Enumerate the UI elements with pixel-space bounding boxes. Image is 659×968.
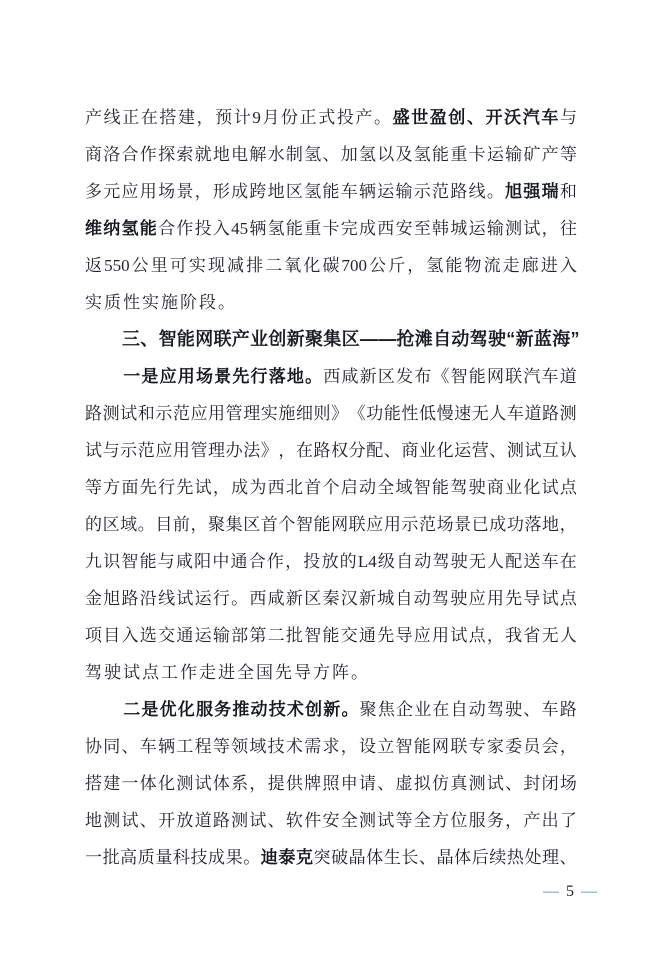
- glyph: 高: [120, 839, 137, 876]
- glyph: 业: [419, 432, 436, 469]
- glyph: 地: [287, 358, 304, 395]
- glyph: 作: [267, 543, 284, 580]
- glyph: 在: [141, 99, 158, 136]
- glyph: 办: [226, 432, 243, 469]
- glyph: 网: [432, 728, 449, 765]
- glyph: 试: [542, 469, 559, 506]
- glyph: 自: [451, 691, 468, 728]
- glyph: 导: [396, 617, 413, 654]
- glyph: 成: [231, 469, 248, 506]
- glyph: 车: [140, 728, 157, 765]
- heading-text: 三、智能网联产业创新聚集区——抢滩自动驾驶“新蓝海”: [122, 329, 580, 349]
- glyph: 咸: [268, 580, 285, 617]
- glyph: 续: [489, 839, 506, 876]
- text-line: 金旭路沿线试运行。西咸新区秦汉新城自动驾驶应用先导试点: [85, 580, 577, 617]
- glyph: 果: [226, 839, 243, 876]
- glyph: 照: [322, 765, 339, 802]
- text-line: 一是应用场景先行落地。西咸新区发布《智能网联汽车道: [85, 358, 577, 395]
- glyph: 700: [342, 247, 368, 284]
- glyph: 人: [560, 617, 577, 654]
- glyph: 权: [331, 432, 348, 469]
- glyph: 进: [541, 247, 558, 284]
- glyph: 服: [196, 691, 213, 728]
- glyph: 软: [286, 802, 303, 839]
- glyph: 场: [437, 506, 454, 543]
- glyph: 测: [507, 432, 524, 469]
- glyph: 已: [472, 506, 489, 543]
- glyph: 示: [414, 173, 431, 210]
- glyph: 自: [396, 543, 413, 580]
- glyph: 虚: [396, 765, 413, 802]
- glyph: 二: [268, 617, 285, 654]
- glyph: 城: [377, 580, 394, 617]
- glyph: 与: [103, 432, 120, 469]
- text-line: 九识智能与咸阳中通合作，投放的L4级自动驾驶无人配送车在: [85, 543, 577, 580]
- glyph: 等: [85, 469, 102, 506]
- glyph: 科: [173, 839, 190, 876]
- glyph: 需: [304, 728, 321, 765]
- glyph: 、: [489, 432, 506, 469]
- glyph: 生: [384, 839, 401, 876]
- glyph: 动: [469, 691, 486, 728]
- glyph: 出: [542, 802, 559, 839]
- glyph: 运: [454, 432, 471, 469]
- glyph: 交: [158, 617, 175, 654]
- glyph: 式: [318, 99, 335, 136]
- glyph: 正: [122, 99, 139, 136]
- glyph: 晶: [349, 839, 366, 876]
- glyph: 输: [487, 210, 504, 247]
- glyph: 辆: [158, 728, 175, 765]
- glyph: 《: [349, 395, 366, 432]
- glyph: 合: [158, 210, 175, 247]
- glyph: 》: [261, 432, 278, 469]
- glyph: 无: [469, 543, 486, 580]
- glyph: 点: [469, 617, 486, 654]
- glyph: 通: [231, 543, 248, 580]
- glyph: 等: [213, 728, 230, 765]
- glyph: 矿: [523, 136, 540, 173]
- glyph: 里: [151, 247, 168, 284]
- glyph: 请: [359, 765, 376, 802]
- glyph: 在: [560, 543, 577, 580]
- glyph: 能: [286, 210, 303, 247]
- glyph: 管: [226, 395, 243, 432]
- glyph: 用: [140, 173, 157, 210]
- glyph: 等: [560, 136, 577, 173]
- glyph: 地: [268, 173, 285, 210]
- glyph: 新: [323, 691, 340, 728]
- glyph: 供: [286, 765, 303, 802]
- glyph: 性: [401, 395, 418, 432]
- glyph: 动: [359, 469, 376, 506]
- glyph: 破: [331, 839, 348, 876]
- glyph: 技: [269, 691, 286, 728]
- glyph: 用: [432, 617, 449, 654]
- glyph: 等: [396, 802, 413, 839]
- glyph: 投: [195, 210, 212, 247]
- glyph: 运: [377, 173, 394, 210]
- glyph: 同: [103, 728, 120, 765]
- glyph: 至: [414, 210, 431, 247]
- glyph: 晶: [437, 839, 454, 876]
- glyph: 试: [122, 802, 139, 839]
- glyph: 全: [414, 802, 431, 839]
- glyph: 卡: [469, 136, 486, 173]
- glyph: 成: [231, 173, 248, 210]
- glyph: 测: [359, 802, 376, 839]
- glyph: 试: [542, 580, 559, 617]
- glyph: 无: [542, 617, 559, 654]
- glyph: 驶: [451, 543, 468, 580]
- glyph: 金: [85, 580, 102, 617]
- glyph: 方: [103, 469, 120, 506]
- glyph: 级: [378, 543, 395, 580]
- glyph: 领: [231, 728, 248, 765]
- glyph: 完: [341, 210, 358, 247]
- glyph: 在: [296, 432, 313, 469]
- glyph: 廊: [522, 247, 539, 284]
- glyph: 联: [505, 358, 522, 395]
- glyph: 通: [359, 617, 376, 654]
- glyph: 智: [414, 469, 431, 506]
- glyph: 行: [251, 358, 268, 395]
- glyph: 场: [196, 358, 213, 395]
- glyph: 路: [85, 395, 102, 432]
- glyph: 测: [505, 210, 522, 247]
- glyph: 跨: [249, 173, 266, 210]
- glyph: 试: [524, 432, 541, 469]
- glyph: 化: [437, 432, 454, 469]
- glyph: ，: [195, 173, 212, 210]
- glyph: 设: [359, 728, 376, 765]
- glyph: 实: [261, 395, 278, 432]
- glyph: 域: [396, 469, 413, 506]
- glyph: 聚: [360, 691, 377, 728]
- text-line: 试与示范应用管理办法》，在路权分配、商业化运营、测试互认: [85, 432, 577, 469]
- glyph: 驶: [505, 691, 522, 728]
- glyph: 氢: [304, 173, 321, 210]
- glyph: 《: [432, 358, 449, 395]
- glyph: ，: [542, 210, 559, 247]
- section-heading: 三、智能网联产业创新聚集区——抢滩自动驾驶“新蓝海”: [85, 321, 577, 358]
- glyph: 优: [160, 691, 177, 728]
- glyph: 及: [396, 136, 413, 173]
- glyph: 电: [231, 136, 248, 173]
- glyph: 区: [304, 580, 321, 617]
- glyph: 应: [469, 580, 486, 617]
- glyph: 个: [322, 469, 339, 506]
- glyph: 管: [190, 432, 207, 469]
- glyph: 人: [489, 395, 506, 432]
- glyph: ，: [278, 432, 295, 469]
- glyph: 碳: [322, 247, 339, 284]
- glyph: 业: [414, 691, 431, 728]
- text-run: 实质性实施阶段。: [85, 293, 237, 312]
- glyph: 我: [505, 617, 522, 654]
- glyph: 程: [195, 728, 212, 765]
- glyph: 线: [469, 173, 486, 210]
- glyph: 一: [85, 839, 102, 876]
- glyph: 务: [487, 802, 504, 839]
- glyph: 会: [542, 728, 559, 765]
- glyph: 中: [212, 543, 229, 580]
- glyph: 秦: [322, 580, 339, 617]
- glyph: 落: [269, 358, 286, 395]
- document-page: { "colors": { "background": "#ffffff", "…: [0, 0, 659, 968]
- glyph: 面: [122, 469, 139, 506]
- glyph: 就: [195, 136, 212, 173]
- glyph: 正: [300, 99, 317, 136]
- glyph: 运: [487, 136, 504, 173]
- glyph: 域: [120, 506, 137, 543]
- glyph: 导: [523, 580, 540, 617]
- glyph: 集: [226, 506, 243, 543]
- glyph: 、: [140, 802, 157, 839]
- glyph: 、: [384, 432, 401, 469]
- glyph: 化: [303, 247, 320, 284]
- glyph: 理: [243, 395, 260, 432]
- glyph: 选: [140, 617, 157, 654]
- glyph: 部: [231, 617, 248, 654]
- glyph: 试: [523, 210, 540, 247]
- glyph: 减: [227, 247, 244, 284]
- glyph: 合: [122, 136, 139, 173]
- glyph: 区: [243, 506, 260, 543]
- glyph: 省: [523, 617, 540, 654]
- glyph: 则: [314, 395, 331, 432]
- glyph: 汽: [523, 99, 540, 136]
- glyph: 泰: [278, 839, 295, 876]
- glyph: 目: [103, 617, 120, 654]
- glyph: 术: [286, 728, 303, 765]
- glyph: 、: [505, 765, 522, 802]
- glyph: 沃: [504, 99, 521, 136]
- glyph: 商: [85, 136, 102, 173]
- glyph: 工: [176, 728, 193, 765]
- glyph: 试: [377, 802, 394, 839]
- glyph: 范: [419, 506, 436, 543]
- glyph: 了: [560, 802, 577, 839]
- glyph: 一: [122, 765, 139, 802]
- glyph: 立: [377, 728, 394, 765]
- glyph: 盈: [430, 99, 447, 136]
- glyph: 速: [454, 395, 471, 432]
- glyph: 示: [155, 395, 172, 432]
- glyph: 成: [489, 506, 506, 543]
- glyph: 流: [484, 247, 501, 284]
- glyph: 加: [341, 136, 358, 173]
- glyph: 产: [355, 99, 372, 136]
- glyph: 试: [195, 765, 212, 802]
- glyph: ，: [341, 728, 358, 765]
- glyph: 后: [472, 839, 489, 876]
- glyph: 焦: [378, 691, 395, 728]
- glyph: 解: [249, 136, 266, 173]
- glyph: 企: [396, 691, 413, 728]
- glyph: 布: [414, 358, 431, 395]
- glyph: 。: [243, 839, 260, 876]
- glyph: 质: [138, 839, 155, 876]
- glyph: 申: [341, 765, 358, 802]
- glyph: 、: [377, 765, 394, 802]
- glyph: 慢: [437, 395, 454, 432]
- glyph: 自: [396, 580, 413, 617]
- glyph: 氢: [304, 136, 321, 173]
- glyph: 测: [560, 395, 577, 432]
- glyph: 汉: [341, 580, 358, 617]
- glyph: 通: [176, 617, 193, 654]
- glyph: 沿: [140, 580, 157, 617]
- glyph: 化: [178, 691, 195, 728]
- glyph: 全: [341, 802, 358, 839]
- glyph: 驾: [432, 580, 449, 617]
- glyph: ，: [560, 506, 577, 543]
- glyph: 用: [208, 395, 225, 432]
- glyph: 商: [487, 469, 504, 506]
- glyph: 家: [487, 728, 504, 765]
- glyph: 、: [122, 728, 139, 765]
- glyph: 路: [314, 432, 331, 469]
- glyph: ，: [190, 506, 207, 543]
- glyph: 45: [231, 210, 248, 247]
- glyph: 第: [249, 617, 266, 654]
- glyph: ，: [560, 728, 577, 765]
- glyph: 体: [454, 839, 471, 876]
- glyph: 批: [286, 617, 303, 654]
- glyph: 西: [249, 580, 266, 617]
- glyph: 卡: [322, 210, 339, 247]
- glyph: 纳: [103, 210, 120, 247]
- glyph: 合: [249, 543, 266, 580]
- glyph: 方: [432, 802, 449, 839]
- glyph: 计: [234, 99, 251, 136]
- glyph: 地: [85, 802, 102, 839]
- glyph: 投: [337, 99, 354, 136]
- glyph: ，: [285, 543, 302, 580]
- glyph: 景: [214, 358, 231, 395]
- glyph: 。: [341, 691, 358, 728]
- glyph: 联: [349, 506, 366, 543]
- glyph: 咸: [341, 358, 358, 395]
- glyph: ，: [407, 247, 424, 284]
- page: 产线正在搭建，预计9月份正式投产。盛世盈创、开沃汽车与商洛合作探索就地电解水制氢…: [0, 0, 659, 968]
- glyph: 。: [487, 173, 504, 210]
- glyph: 盛: [393, 99, 410, 136]
- glyph: 重: [450, 136, 467, 173]
- glyph: 务: [214, 691, 231, 728]
- glyph: 先: [232, 358, 249, 395]
- glyph: 入: [213, 210, 230, 247]
- glyph: 用: [384, 506, 401, 543]
- glyph: 与: [560, 99, 577, 136]
- glyph: 、: [467, 99, 484, 136]
- glyph: 能: [432, 136, 449, 173]
- glyph: 动: [414, 543, 431, 580]
- glyph: 可: [170, 247, 187, 284]
- glyph: 维: [85, 210, 102, 247]
- glyph: 交: [341, 617, 358, 654]
- glyph: 现: [208, 247, 225, 284]
- page-number-dash-left: —: [543, 883, 559, 900]
- glyph: 热: [507, 839, 524, 876]
- glyph: 能: [432, 469, 449, 506]
- glyph: 车: [507, 395, 524, 432]
- glyph: 建: [103, 765, 120, 802]
- glyph: 技: [190, 839, 207, 876]
- glyph: 员: [523, 728, 540, 765]
- glyph: 输: [505, 136, 522, 173]
- glyph: 人: [487, 543, 504, 580]
- glyph: 提: [268, 765, 285, 802]
- text-line: 搭建一体化测试体系，提供牌照申请、虚拟仿真测试、封闭场: [85, 765, 577, 802]
- text-line: 协同、车辆工程等领域技术需求，设立智能网联专家委员会，: [85, 728, 577, 765]
- glyph: 配: [505, 543, 522, 580]
- glyph: 、: [322, 136, 339, 173]
- glyph: 启: [341, 469, 358, 506]
- glyph: 旭: [103, 580, 120, 617]
- glyph: 景: [176, 173, 193, 210]
- glyph: 咸: [176, 543, 193, 580]
- glyph: 配: [366, 432, 383, 469]
- glyph: 成: [208, 839, 225, 876]
- glyph: 车: [541, 99, 558, 136]
- glyph: 、: [268, 802, 285, 839]
- glyph: 全: [377, 469, 394, 506]
- glyph: 动: [414, 580, 431, 617]
- glyph: 点: [560, 469, 577, 506]
- glyph: 能: [322, 617, 339, 654]
- glyph: 瑞: [542, 173, 559, 210]
- glyph: 作: [176, 210, 193, 247]
- glyph: 场: [560, 765, 577, 802]
- glyph: 能: [469, 358, 486, 395]
- glyph: 是: [141, 691, 158, 728]
- glyph: 西: [323, 358, 340, 395]
- glyph: 化: [523, 469, 540, 506]
- glyph: 范: [432, 173, 449, 210]
- glyph: 线: [104, 99, 121, 136]
- glyph: 首: [261, 506, 278, 543]
- glyph: 体: [366, 839, 383, 876]
- glyph: 建: [178, 99, 195, 136]
- glyph: 搭: [85, 765, 102, 802]
- glyph: 先: [176, 469, 193, 506]
- glyph: 道: [524, 395, 541, 432]
- glyph: 体: [213, 765, 230, 802]
- text-line: 驾驶试点工作走进全国先导方阵。: [85, 654, 577, 691]
- glyph: 返: [85, 247, 102, 284]
- glyph: 、: [560, 839, 577, 876]
- glyph: 体: [140, 765, 157, 802]
- glyph: 互: [542, 432, 559, 469]
- glyph: 法: [243, 432, 260, 469]
- glyph: 试: [176, 580, 193, 617]
- glyph: 驶: [469, 469, 486, 506]
- glyph: 道: [195, 802, 212, 839]
- glyph: ，: [487, 617, 504, 654]
- glyph: 路: [542, 395, 559, 432]
- glyph: 地: [542, 506, 559, 543]
- glyph: 先: [140, 469, 157, 506]
- glyph: 水: [268, 136, 285, 173]
- glyph: 业: [505, 469, 522, 506]
- glyph: 克: [296, 839, 313, 876]
- glyph: 路: [122, 580, 139, 617]
- glyph: 聚: [208, 506, 225, 543]
- glyph: 新: [359, 580, 376, 617]
- text-line: 的区域。目前，聚集区首个智能网联应用示范场景已成功落地，: [85, 506, 577, 543]
